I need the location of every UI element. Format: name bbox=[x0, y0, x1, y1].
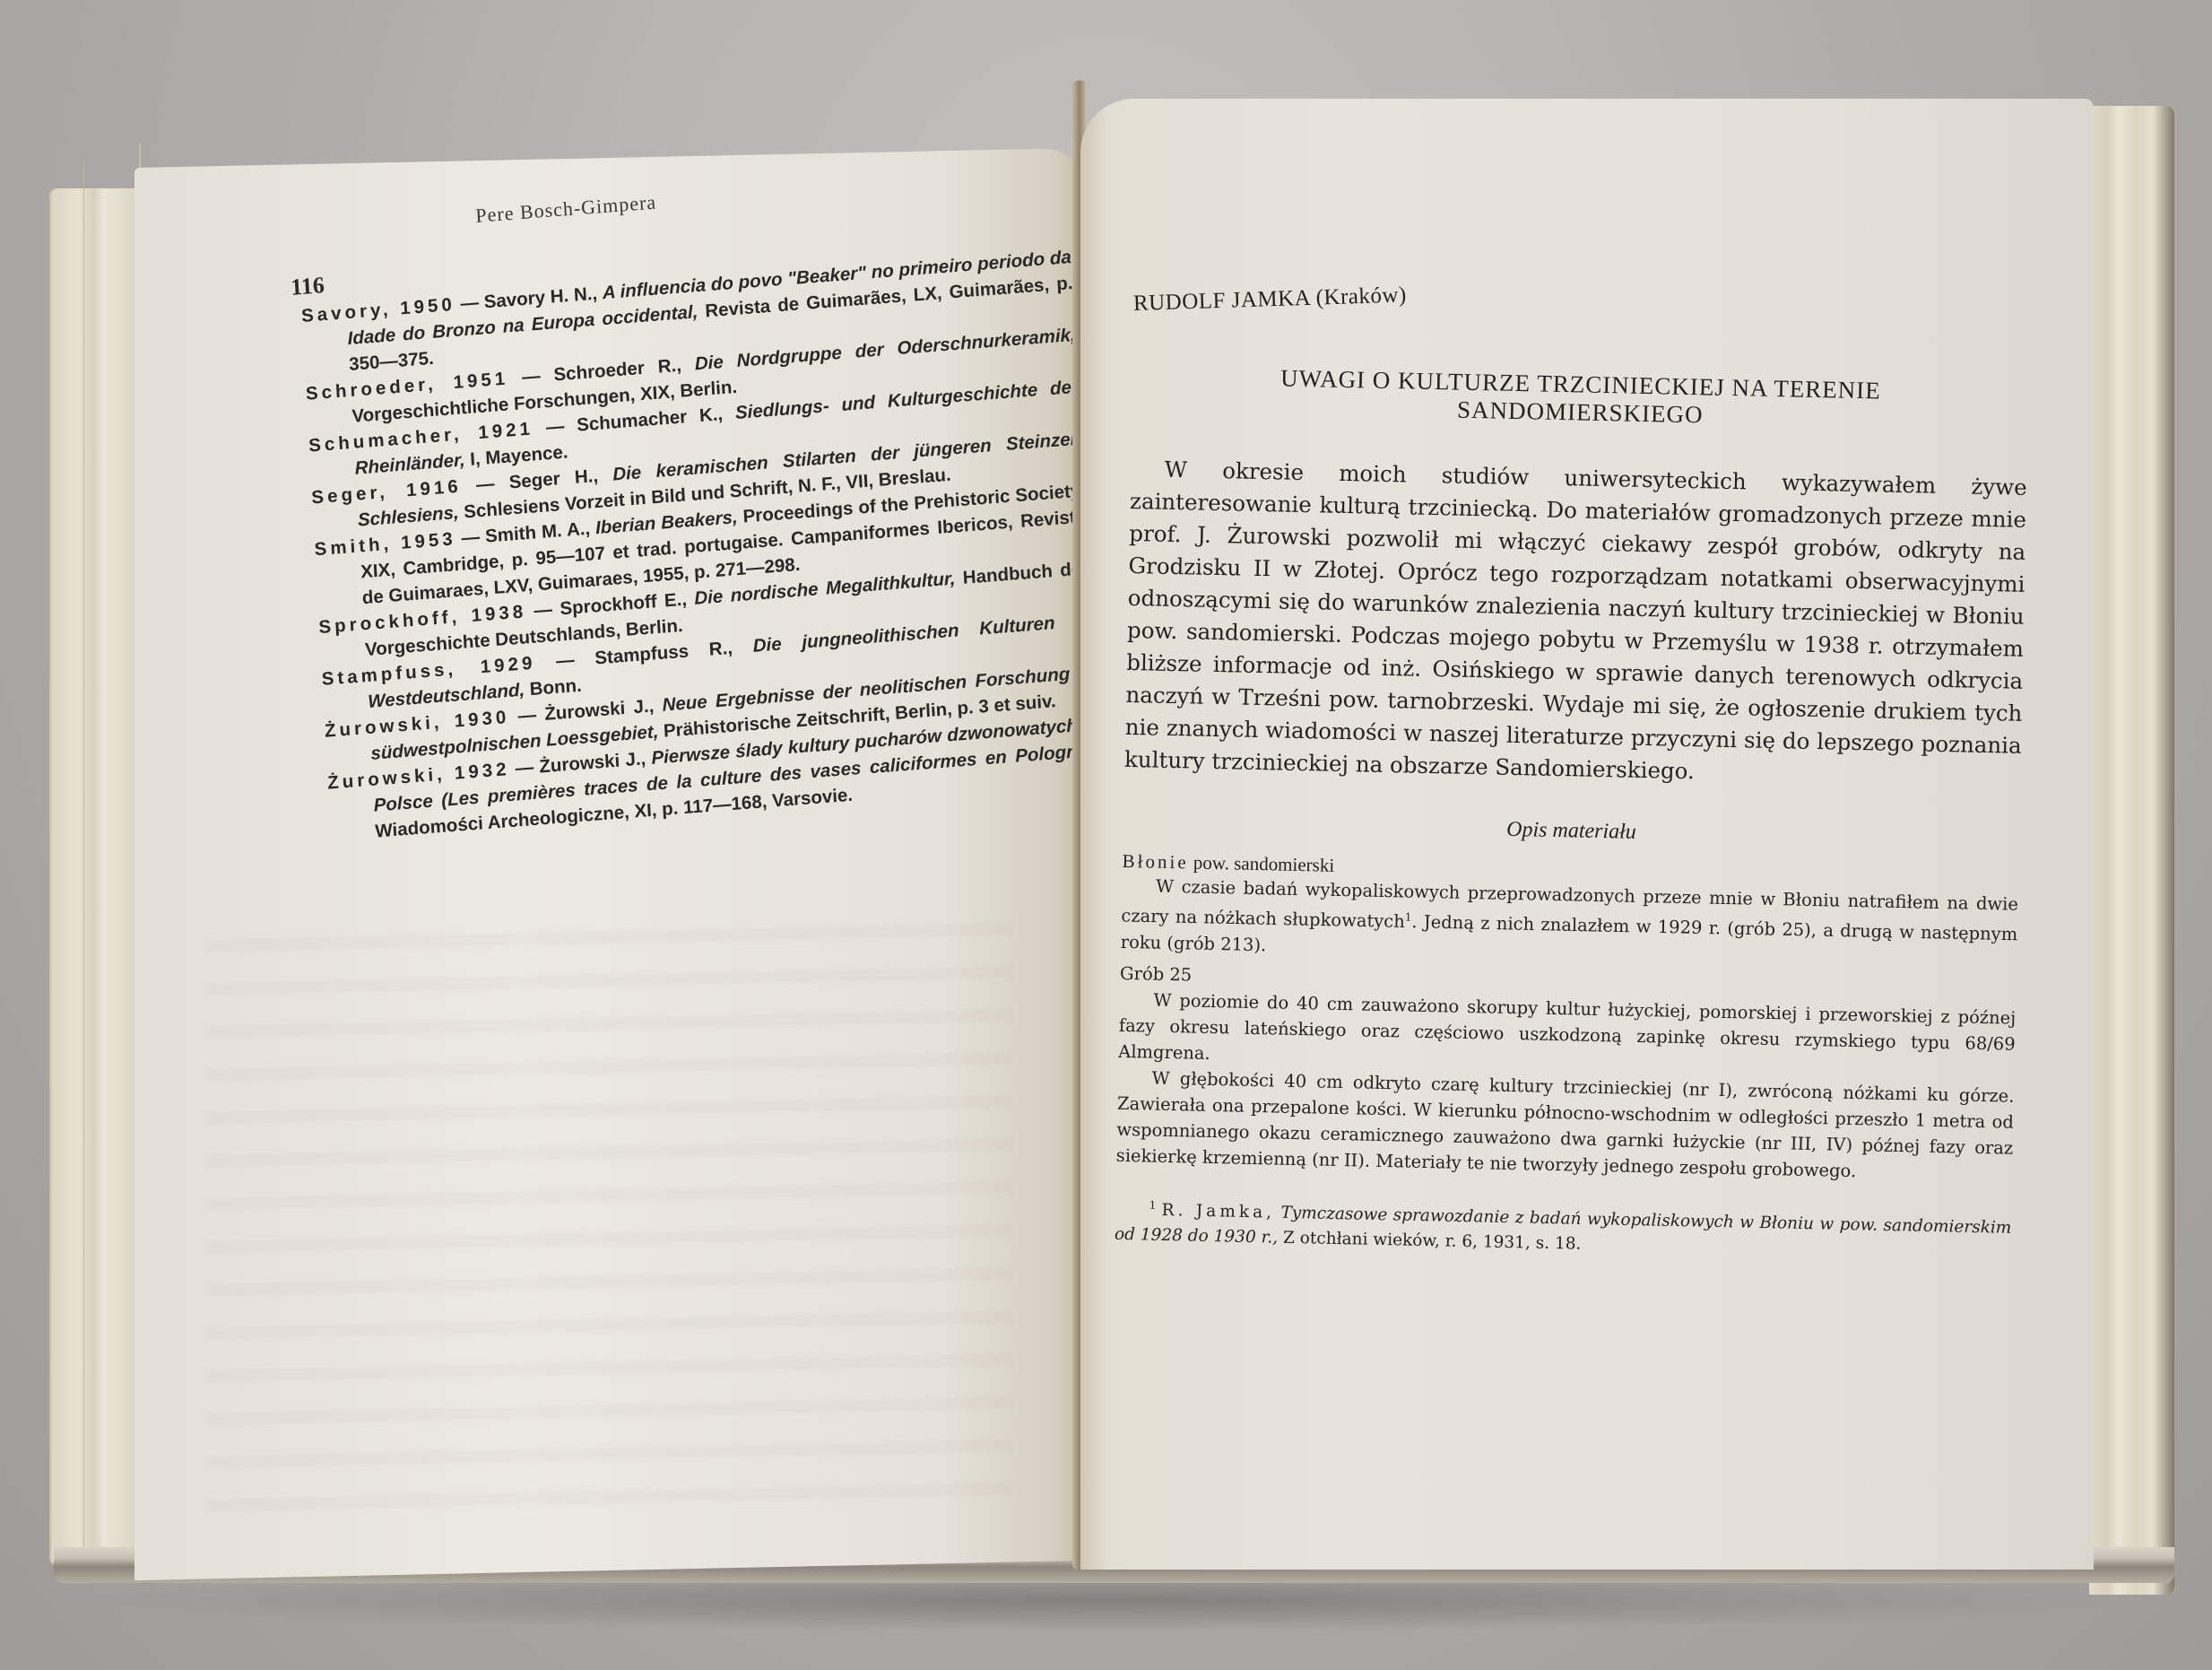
footnote: 1 R. Jamka, Tymczasowe sprawozdanie z ba… bbox=[1115, 1191, 2012, 1266]
page-number: 116 bbox=[290, 272, 325, 301]
article-author: RUDOLF JAMKA (Kraków) bbox=[1133, 283, 1408, 317]
subsection-place: Błonie bbox=[1122, 850, 1188, 874]
subsection-district: pow. sandomierski bbox=[1193, 852, 1335, 876]
left-page-stack-edge bbox=[49, 188, 148, 1565]
book-shadow bbox=[81, 1579, 2143, 1632]
right-page: RUDOLF JAMKA (Kraków) UWAGI O KULTURZE T… bbox=[1080, 99, 2094, 1570]
footnote-author: R. Jamka, bbox=[1161, 1201, 1275, 1222]
intro-text: W okresie moich studiów uniwersyteckich … bbox=[1124, 453, 2027, 795]
paragraph-excavation: W czasie badań wykopaliskowych przeprowa… bbox=[1121, 873, 2019, 973]
section-title: Opis materiału bbox=[1123, 810, 2019, 853]
right-page-content: RUDOLF JAMKA (Kraków) UWAGI O KULTURZE T… bbox=[1115, 291, 2031, 1266]
material-description: W czasie badań wykopaliskowych przeprowa… bbox=[1116, 873, 2019, 1187]
footnote-text: 1 R. Jamka, Tymczasowe sprawozdanie z ba… bbox=[1115, 1191, 2012, 1266]
article-title: UWAGI O KULTURZE TRZCINIECKIEJ NA TERENI… bbox=[1132, 361, 2029, 436]
bibliography-list: Savory, 1950 — Savory H. N., A influenci… bbox=[300, 244, 1080, 848]
right-page-stack-edge bbox=[2089, 106, 2174, 1595]
paragraph-depth: W głębokości 40 cm odkryto czarę kultury… bbox=[1116, 1064, 2015, 1187]
bib-rest: Bonn. bbox=[529, 675, 582, 700]
footnote-rest: Z otchłani wieków, r. 6, 1931, s. 18. bbox=[1283, 1228, 1582, 1253]
running-head: Pere Bosch-Gimpera bbox=[475, 190, 657, 227]
show-through-text bbox=[206, 912, 1013, 1512]
footnote-marker: 1 bbox=[1149, 1198, 1157, 1211]
photo-scene: Pere Bosch-Gimpera 116 Savory, 1950 — Sa… bbox=[0, 0, 2212, 1670]
bib-author: — Seger H., bbox=[475, 465, 598, 495]
intro-paragraph: W okresie moich studiów uniwersyteckich … bbox=[1124, 453, 2027, 795]
bib-author: — Savory H. N., bbox=[460, 283, 598, 315]
left-page: Pere Bosch-Gimpera 116 Savory, 1950 — Sa… bbox=[134, 148, 1080, 1580]
left-page-content: Pere Bosch-Gimpera 116 Savory, 1950 — Sa… bbox=[296, 159, 1066, 218]
